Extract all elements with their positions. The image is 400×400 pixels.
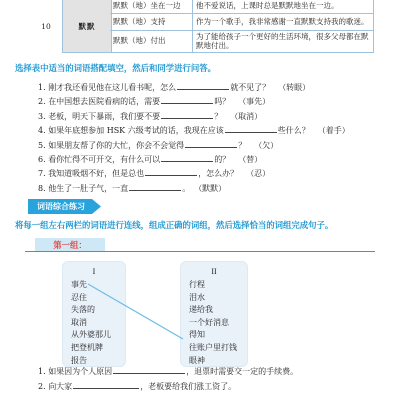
fill-blank (177, 81, 229, 90)
column-1-header: I (63, 265, 125, 279)
item-hint: （替） (238, 155, 262, 164)
section-banner: 词语综合练习 (28, 199, 101, 214)
item-pre-text: 老板，明天下暴雨，我们要不要 (48, 112, 160, 121)
item-hint: （忍） (246, 169, 270, 178)
fill-blank (73, 380, 139, 389)
fill-in-item: 5. 如果朋友帮了你的大忙，你会不会觉得？（欠） (38, 139, 350, 153)
fill-blank (145, 167, 197, 176)
item-pre-text: 如果因为个人原因 (48, 367, 112, 376)
vocab-table: 10 默默 默默（地）坐在一边 默默（地）支持 默默（地）付出 他不爱说话，上课… (30, 0, 372, 52)
matching-column-2: II 行程 泪水 递给我 一个好消息 得知 往账户里打钱 眼神 (180, 261, 248, 367)
group-underline (25, 251, 375, 252)
item-pre-text: 刚才我还看见他在这儿看书呢，怎么 (48, 83, 176, 92)
item-post-text: ，怎么办？ (198, 169, 238, 178)
item-number: 4. (38, 126, 46, 135)
match-word[interactable]: 从外婆那儿 (63, 329, 125, 342)
item-number: 7. (38, 169, 46, 178)
collocation-cell: 默默（地）坐在一边 (110, 0, 192, 13)
item-post-text: 就不见了？ (230, 83, 270, 92)
fill-in-list: 1. 刚才我还看见他在这儿看书呢，怎么就不见了？（转眼） 2. 在中国想去医院看… (38, 81, 350, 196)
fill-in-instruction: 选择表中适当的词语搭配填空，然后和同学进行问答。 (15, 62, 216, 74)
table-collocation-column: 默默（地）坐在一边 默默（地）支持 默默（地）付出 (110, 0, 192, 53)
fill-in-item: 3. 老板，明天下暴雨，我们要不要？（取消） (38, 110, 350, 124)
item-post-text: 些什么？ (278, 126, 310, 135)
group-label: 第一组： (53, 239, 87, 251)
fill-in-item: 1. 刚才我还看见他在这儿看书呢，怎么就不见了？（转眼） (38, 81, 350, 95)
match-word[interactable]: 递给我 (181, 304, 247, 317)
example-cell: 为了能给孩子一个更好的生活环境，很多父母都在默默地付出。 (193, 30, 373, 52)
item-hint: （事先） (238, 97, 270, 106)
collocation-cell: 默默（地）付出 (110, 30, 192, 52)
table-example-column: 他不爱说话，上课时总是默默地坐在一边。 作为一个歌手，我非常感谢一直默默支持我的… (192, 0, 374, 53)
fill-in-item: 6. 看你忙得不可开交，有什么可以的？（替） (38, 153, 350, 167)
item-number: 6. (38, 155, 46, 164)
fill-blank (113, 365, 185, 374)
item-pre-text: 看你忙得不可开交，有什么可以 (48, 155, 160, 164)
match-word[interactable]: 泪水 (181, 292, 247, 305)
fill-blank (225, 124, 277, 133)
item-number: 8. (38, 184, 46, 193)
match-word[interactable]: 失落的 (63, 304, 125, 317)
match-word[interactable]: 取消 (63, 317, 125, 330)
match-word[interactable]: 把登机牌 (63, 342, 125, 355)
item-pre-text: 向大家 (48, 382, 72, 391)
fill-blank (129, 182, 181, 191)
item-hint: （取消） (230, 112, 262, 121)
item-hint: （默默） (198, 184, 226, 193)
fill-in-item: 2. 在中国想去医院看病的话，需要吗？（事先） (38, 95, 350, 109)
fill-in-item: 7. 我知道吸烟不好，但是总也，怎么办？（忍） (38, 167, 350, 181)
item-number: 1. (38, 83, 46, 92)
matching-column-1: I 事先 忍住 失落的 取消 从外婆那儿 把登机牌 报告 (62, 261, 126, 367)
item-post-text: ？ (238, 141, 246, 150)
fill-blank (161, 95, 213, 104)
table-row-number: 10 (30, 0, 62, 52)
match-word[interactable]: 得知 (181, 329, 247, 342)
table-word-cell: 默默 (62, 0, 112, 53)
group-label-band: 第一组： (35, 238, 105, 251)
fill-in-item: 4. 如果年底想参加 HSK 六级考试的话，我现在应该些什么？（着手） (38, 124, 350, 138)
item-post-text: 的？ (214, 155, 230, 164)
fill-blank (185, 139, 237, 148)
item-number: 2. (38, 382, 46, 391)
match-word[interactable]: 行程 (181, 279, 247, 292)
example-cell: 他不爱说话，上课时总是默默地坐在一边。 (193, 0, 373, 13)
match-word[interactable]: 事先 (63, 279, 125, 292)
item-number: 5. (38, 141, 46, 150)
matching-instruction: 将每一组左右两栏的词语进行连线，组成正确的词组，然后选择恰当的词组完成句子。 (15, 219, 333, 231)
item-post-text: ？ (214, 112, 222, 121)
item-hint: （着手） (318, 126, 350, 135)
fill-blank (161, 153, 213, 162)
match-word[interactable]: 往账户里打钱 (181, 342, 247, 355)
match-word[interactable]: 一个好消息 (181, 317, 247, 330)
item-post-text: 吗？ (214, 97, 230, 106)
item-post-text: ，老板要给我们涨工资了。 (140, 382, 236, 391)
collocation-cell: 默默（地）支持 (110, 13, 192, 30)
item-number: 1. (38, 367, 46, 376)
item-pre-text: 我知道吸烟不好，但是总也 (48, 169, 144, 178)
item-number: 3. (38, 112, 46, 121)
fill-blank (161, 110, 213, 119)
item-post-text: ，退票时需要交一定的手续费。 (186, 367, 298, 376)
item-pre-text: 如果朋友帮了你的大忙，你会不会觉得 (48, 141, 184, 150)
item-hint: （转眼） (278, 83, 310, 92)
sentence-item: 2. 向大家，老板要给我们涨工资了。 (38, 380, 298, 395)
fill-in-item: 8. 他生了一肚子气，一直。（默默） (38, 182, 350, 196)
sentence-item: 1. 如果因为个人原因，退票时需要交一定的手续费。 (38, 365, 298, 380)
item-number: 2. (38, 97, 46, 106)
item-post-text: 。 (182, 184, 190, 193)
item-pre-text: 如果年底想参加 HSK 六级考试的话，我现在应该 (48, 126, 224, 135)
item-pre-text: 他生了一肚子气，一直 (48, 184, 128, 193)
match-word[interactable]: 忍住 (63, 292, 125, 305)
item-pre-text: 在中国想去医院看病的话，需要 (48, 97, 160, 106)
sentence-completion-list: 1. 如果因为个人原因，退票时需要交一定的手续费。 2. 向大家，老板要给我们涨… (38, 365, 298, 394)
example-cell: 作为一个歌手，我非常感谢一直默默支持我的歌迷。 (193, 13, 373, 30)
item-hint: （欠） (254, 141, 278, 150)
column-2-header: II (181, 265, 247, 279)
